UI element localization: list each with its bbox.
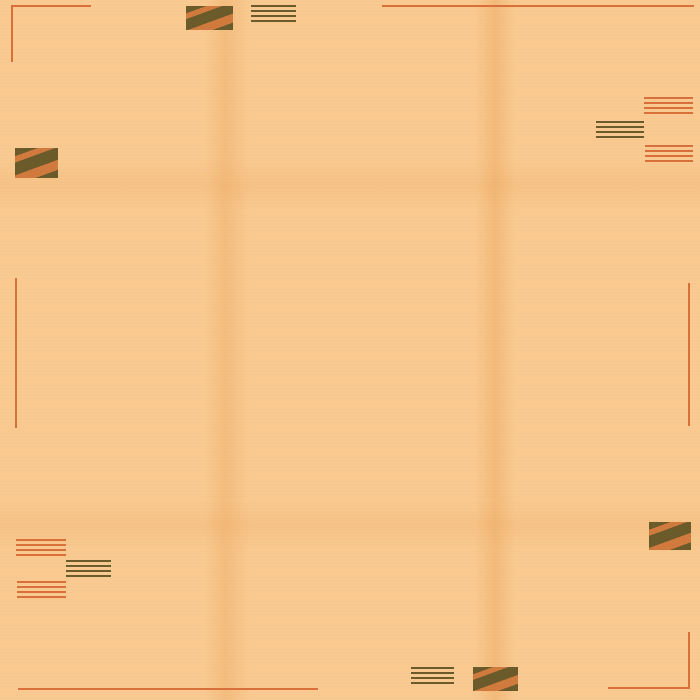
stripe-motif (411, 667, 454, 687)
border-line (608, 687, 688, 689)
border-line (11, 5, 91, 7)
border-line (382, 5, 694, 7)
border-line (18, 688, 318, 690)
stripe-motif (596, 121, 644, 141)
rug-image (0, 0, 700, 700)
motif-tile (15, 148, 58, 178)
motif-tile (473, 667, 518, 691)
border-line (15, 278, 17, 428)
motif-tile (649, 522, 691, 550)
border-line (688, 632, 690, 689)
stripe-motif (17, 581, 66, 601)
stripe-motif (645, 145, 693, 165)
stripe-motif (66, 560, 111, 580)
stripe-motif (644, 97, 693, 117)
stripe-motif (16, 539, 66, 559)
border-line (688, 283, 690, 426)
motif-tile (186, 6, 233, 30)
border-line (11, 5, 13, 62)
stripe-motif (251, 5, 296, 25)
